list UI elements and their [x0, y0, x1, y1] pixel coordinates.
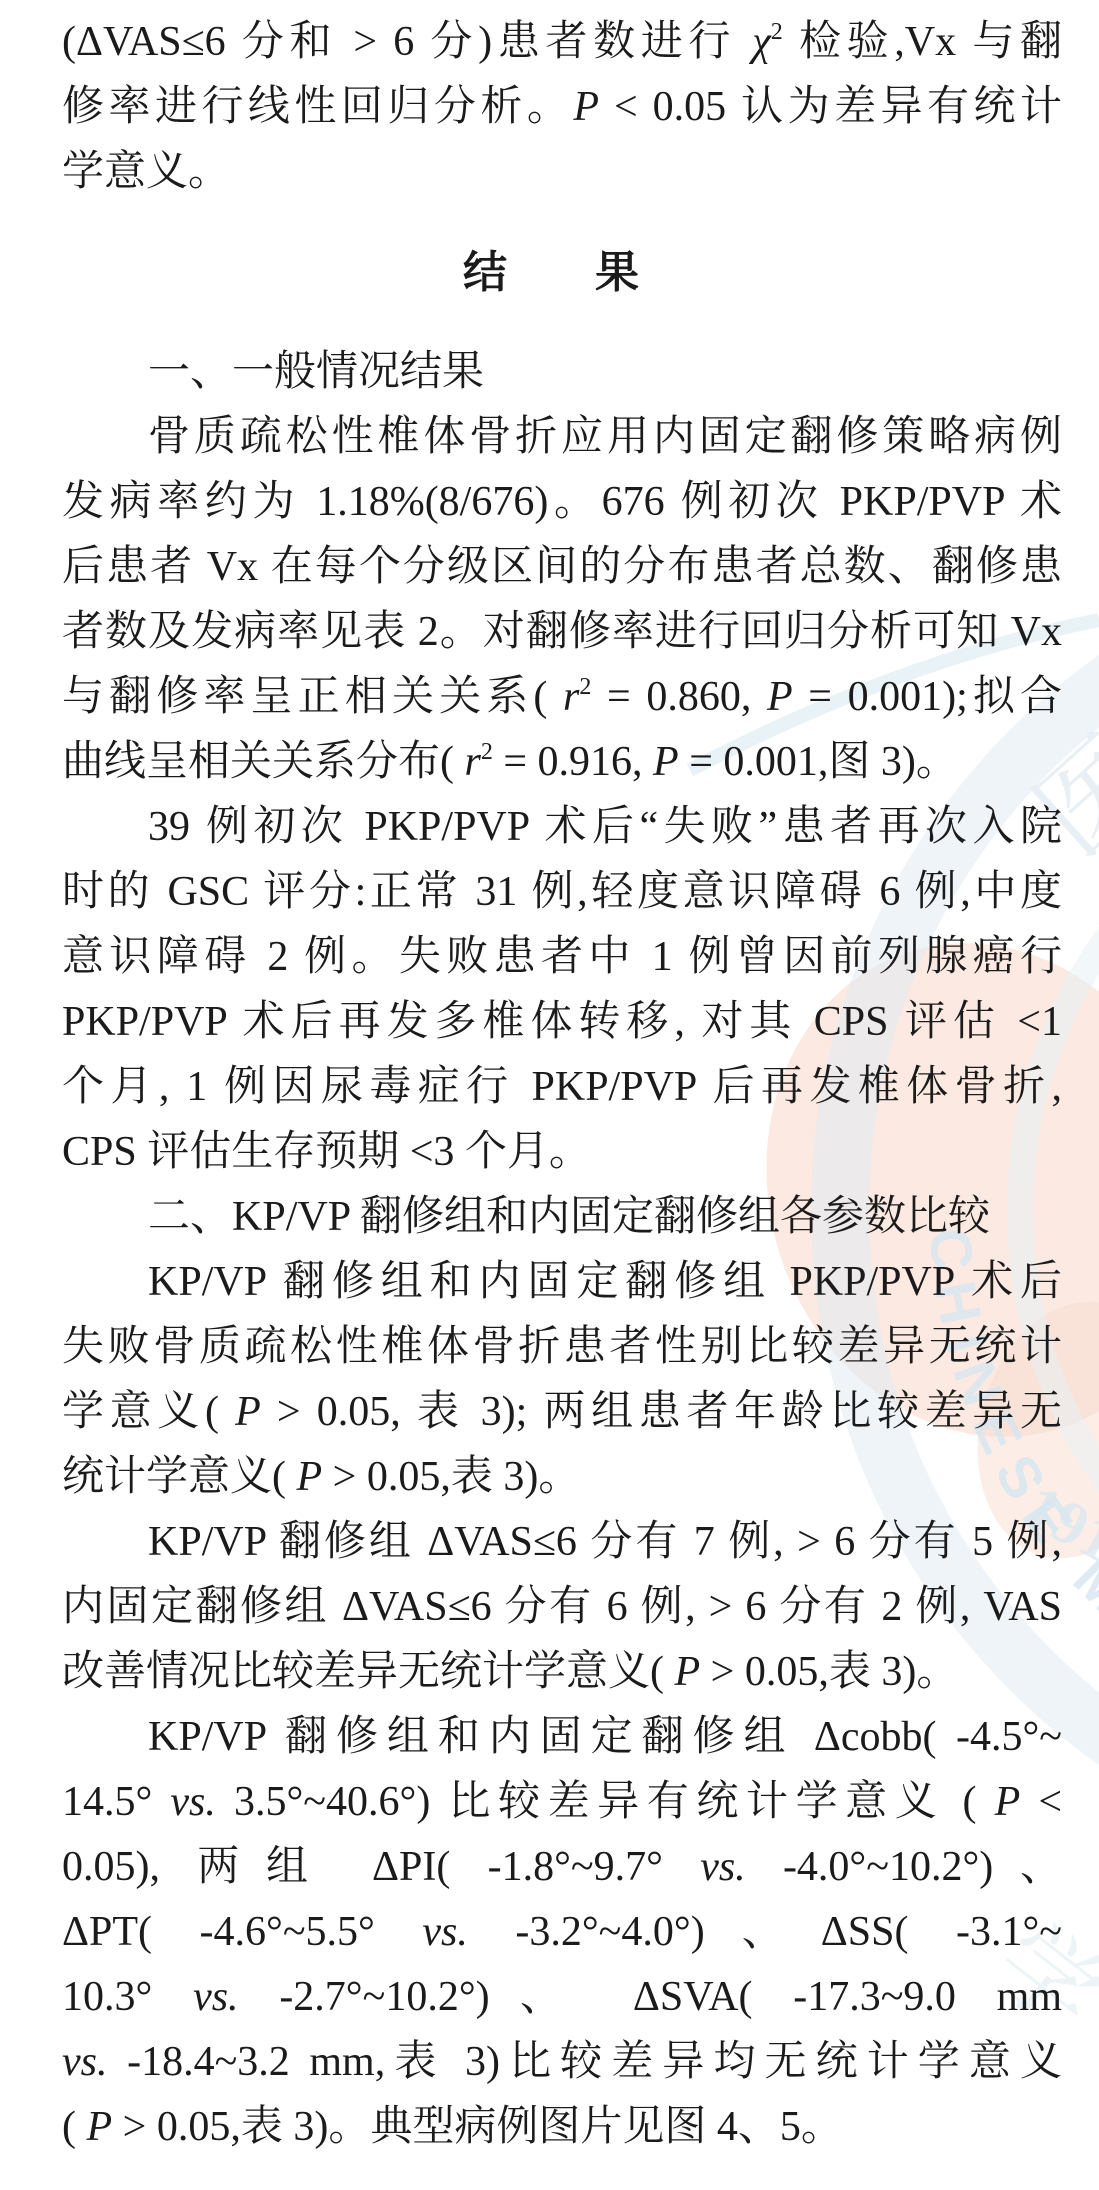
italic-text-segment: vs.: [193, 1974, 239, 2020]
text-segment: (: [62, 2104, 87, 2150]
italic-text-segment: P: [675, 1649, 701, 1695]
text-line: KP/VP 翻修组 ΔVAS≤6 分有 7 例, > 6 分有 5 例,: [62, 1510, 1062, 1575]
text-line: 个月, 1 例因尿毒症行 PKP/PVP 后再发椎体骨折,: [62, 1055, 1062, 1120]
italic-text-segment: P: [235, 1389, 261, 1435]
text-segment: 与翻修率呈正相关关系(: [62, 674, 563, 720]
text-segment: 曲线呈相关关系分布(: [62, 739, 465, 785]
text-line: 意识障碍 2 例。失败患者中 1 例曾因前列腺癌行: [62, 925, 1062, 990]
text-segment: 个月, 1 例因尿毒症行 PKP/PVP 后再发椎体骨折,: [62, 1064, 1062, 1110]
text-line: 失败骨质疏松性椎体骨折患者性别比较差异无统计: [62, 1315, 1062, 1380]
italic-text-segment: vs.: [422, 1909, 468, 1955]
text-line: 发病率约为 1.18%(8/676)。676 例初次 PKP/PVP 术: [62, 470, 1062, 535]
text-segment: 学意义(: [62, 1389, 235, 1435]
text-segment: KP/VP 翻修组和内固定翻修组 PKP/PVP 术后: [148, 1259, 1062, 1305]
text-segment: > 0.05,表 3)。: [700, 1649, 958, 1695]
text-segment: > 0.05,表 3)。: [322, 1454, 580, 1500]
text-segment: (ΔVAS≤6 分和 > 6 分)患者数进行: [62, 19, 752, 65]
text-line: 者数及发病率见表 2。对翻修率进行回归分析可知 Vx: [62, 600, 1062, 665]
italic-text-segment: P: [297, 1454, 323, 1500]
text-segment: PKP/PVP 术后再发多椎体转移, 对其 CPS 评估 <1: [62, 999, 1062, 1045]
text-segment: 失败骨质疏松性椎体骨折患者性别比较差异无统计: [62, 1324, 1062, 1370]
text-segment: -18.4~3.2 mm,表 3)比较差异均无统计学意义: [108, 2039, 1063, 2085]
superscript-segment: 2: [771, 19, 783, 45]
text-segment: ΔPT( -4.6°~5.5°: [62, 1909, 422, 1955]
text-segment: = 0.001);拟合: [793, 674, 1062, 720]
italic-text-segment: P: [653, 739, 679, 785]
text-segment: 者数及发病率见表 2。对翻修率进行回归分析可知 Vx: [62, 609, 1062, 655]
text-line: (ΔVAS≤6 分和 > 6 分)患者数进行 χ2 检验,Vx 与翻: [62, 10, 1062, 75]
text-segment: 0.05), 两组 ΔPI( -1.8°~9.7°: [62, 1844, 700, 1890]
text-line: KP/VP 翻修组和内固定翻修组 Δcobb( -4.5°~: [62, 1705, 1062, 1770]
subsection-title: 二、KP/VP 翻修组和内固定翻修组各参数比较: [62, 1185, 1062, 1250]
italic-text-segment: P: [767, 674, 793, 720]
italic-text-segment: vs.: [62, 2039, 108, 2085]
journal-page: CHINESE MEDICAL ASSOCIATION 1915 医 学 (ΔV…: [0, 0, 1099, 2190]
text-line: 内固定翻修组 ΔVAS≤6 分有 6 例, > 6 分有 2 例, VAS: [62, 1575, 1062, 1640]
text-segment: 修率进行线性回归分析。: [62, 84, 573, 130]
text-segment: 骨质疏松性椎体骨折应用内固定翻修策略病例: [148, 414, 1062, 460]
superscript-segment: 2: [579, 674, 591, 700]
text-line: ( P > 0.05,表 3)。典型病例图片见图 4、5。: [62, 2095, 1062, 2160]
text-line: 改善情况比较差异无统计学意义( P > 0.05,表 3)。: [62, 1640, 1062, 1705]
article-text-column: (ΔVAS≤6 分和 > 6 分)患者数进行 χ2 检验,Vx 与翻修率进行线性…: [62, 10, 1062, 2160]
text-segment: -4.0°~10.2°)、: [746, 1844, 1062, 1890]
italic-text-segment: vs.: [700, 1844, 746, 1890]
text-segment: 39 例初次 PKP/PVP 术后“失败”患者再次入院: [148, 804, 1062, 850]
text-segment: <: [1020, 1779, 1062, 1825]
italic-text-segment: vs.: [170, 1779, 216, 1825]
text-segment: KP/VP 翻修组和内固定翻修组 Δcobb( -4.5°~: [148, 1714, 1062, 1760]
text-segment: 10.3°: [62, 1974, 193, 2020]
text-line: 统计学意义( P > 0.05,表 3)。: [62, 1445, 1062, 1510]
text-line: 骨质疏松性椎体骨折应用内固定翻修策略病例: [62, 405, 1062, 470]
text-line: 学意义。: [62, 140, 1062, 205]
text-line: 14.5° vs. 3.5°~40.6°) 比较差异有统计学意义 ( P <: [62, 1770, 1062, 1835]
text-line: 10.3° vs. -2.7°~10.2°)、 ΔSVA( -17.3~9.0 …: [62, 1965, 1062, 2030]
text-line: CPS 评估生存预期 <3 个月。: [62, 1120, 1062, 1185]
text-line: PKP/PVP 术后再发多椎体转移, 对其 CPS 评估 <1: [62, 990, 1062, 1055]
italic-text-segment: P: [87, 2104, 113, 2150]
text-line: 学意义( P > 0.05, 表 3); 两组患者年龄比较差异无: [62, 1380, 1062, 1445]
text-segment: 二、KP/VP 翻修组和内固定翻修组各参数比较: [148, 1194, 990, 1240]
text-segment: 后患者 Vx 在每个分级区间的分布患者总数、翻修患: [62, 544, 1062, 590]
text-segment: 统计学意义(: [62, 1454, 297, 1500]
italic-text-segment: r: [465, 739, 481, 785]
text-segment: 发病率约为 1.18%(8/676)。676 例初次 PKP/PVP 术: [62, 479, 1062, 525]
text-line: ΔPT( -4.6°~5.5° vs. -3.2°~4.0°)、ΔSS( -3.…: [62, 1900, 1062, 1965]
text-line: 曲线呈相关关系分布( r2 = 0.916, P = 0.001,图 3)。: [62, 730, 1062, 795]
results-heading: 结 果: [62, 240, 1062, 305]
text-segment: 14.5°: [62, 1779, 170, 1825]
text-segment: 学意义。: [62, 149, 230, 195]
text-line: KP/VP 翻修组和内固定翻修组 PKP/PVP 术后: [62, 1250, 1062, 1315]
text-segment: > 0.05, 表 3); 两组患者年龄比较差异无: [261, 1389, 1062, 1435]
text-line: 时的 GSC 评分:正常 31 例,轻度意识障碍 6 例,中度: [62, 860, 1062, 925]
subsection-title: 一、一般情况结果: [62, 340, 1062, 405]
text-segment: 一、一般情况结果: [148, 349, 484, 395]
superscript-segment: 2: [481, 739, 493, 765]
text-segment: CPS 评估生存预期 <3 个月。: [62, 1129, 591, 1175]
text-segment: 3.5°~40.6°) 比较差异有统计学意义 (: [216, 1779, 995, 1825]
text-segment: 内固定翻修组 ΔVAS≤6 分有 6 例, > 6 分有 2 例, VAS: [62, 1584, 1062, 1630]
text-segment: 意识障碍 2 例。失败患者中 1 例曾因前列腺癌行: [62, 934, 1062, 980]
text-line: 39 例初次 PKP/PVP 术后“失败”患者再次入院: [62, 795, 1062, 860]
italic-text-segment: P: [995, 1779, 1021, 1825]
text-segment: = 0.860,: [591, 674, 767, 720]
text-line: 后患者 Vx 在每个分级区间的分布患者总数、翻修患: [62, 535, 1062, 600]
text-segment: -3.2°~4.0°)、ΔSS( -3.1°~: [468, 1909, 1062, 1955]
text-line: vs. -18.4~3.2 mm,表 3)比较差异均无统计学意义: [62, 2030, 1062, 2095]
italic-text-segment: χ: [752, 19, 770, 65]
text-line: 修率进行线性回归分析。P < 0.05 认为差异有统计: [62, 75, 1062, 140]
italic-text-segment: P: [573, 84, 599, 130]
text-line: 与翻修率呈正相关关系( r2 = 0.860, P = 0.001);拟合: [62, 665, 1062, 730]
text-line: 0.05), 两组 ΔPI( -1.8°~9.7° vs. -4.0°~10.2…: [62, 1835, 1062, 1900]
text-segment: = 0.916,: [493, 739, 653, 785]
text-segment: < 0.05 认为差异有统计: [599, 84, 1062, 130]
text-segment: 时的 GSC 评分:正常 31 例,轻度意识障碍 6 例,中度: [62, 869, 1062, 915]
text-segment: > 0.05,表 3)。典型病例图片见图 4、5。: [112, 2104, 843, 2150]
text-segment: -2.7°~10.2°)、 ΔSVA( -17.3~9.0 mm: [239, 1974, 1062, 2020]
text-segment: = 0.001,图 3)。: [679, 739, 958, 785]
text-segment: KP/VP 翻修组 ΔVAS≤6 分有 7 例, > 6 分有 5 例,: [148, 1519, 1062, 1565]
italic-text-segment: r: [563, 674, 579, 720]
text-segment: 检验,Vx 与翻: [783, 19, 1062, 65]
text-segment: 改善情况比较差异无统计学意义(: [62, 1649, 675, 1695]
